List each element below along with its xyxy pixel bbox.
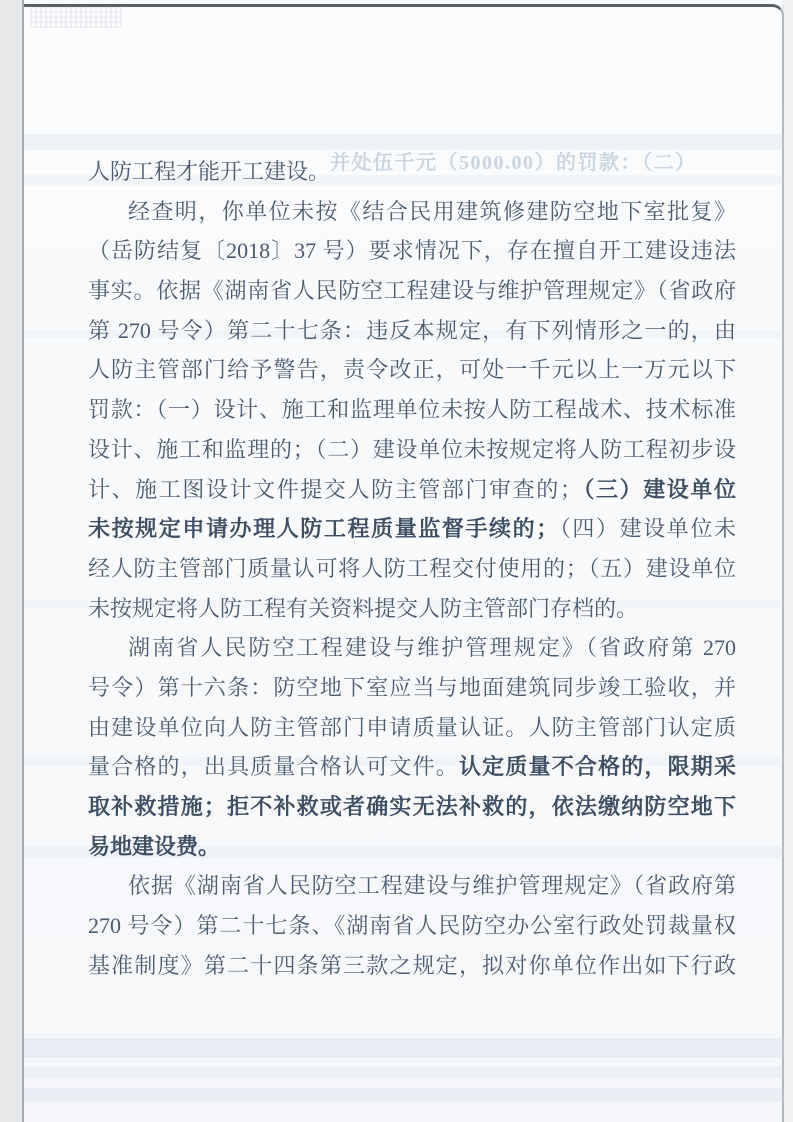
text-segment: 由建设单位向人防主管部门申请质量认证。人防主管部门认定质 xyxy=(88,715,736,740)
scanned-page: 并处伍千元（5000.00）的罚款：（二） 人防工程才能开工建设。经查明，你单位… xyxy=(0,0,793,1122)
text-segment: 计、施工图设计文件提交人防主管部门审查的； xyxy=(88,477,582,502)
text-segment: 量合格的，出具质量合格认可文件。 xyxy=(88,754,459,779)
text-segment: 罚款：（一）设计、施工和监理单位未按人防工程战术、技术标准 xyxy=(88,397,736,422)
scan-edge-left xyxy=(0,0,22,1122)
text-segment: 人防主管部门给予警告，责令改正，可处一千元以上一万元以下 xyxy=(88,357,736,382)
text-line-18: 易地建设费。 xyxy=(88,827,736,867)
text-line-6: 人防主管部门给予警告，责令改正，可处一千元以上一万元以下 xyxy=(88,350,736,390)
document-body: 人防工程才能开工建设。经查明，你单位未按《结合民用建筑修建防空地下室批复》（岳防… xyxy=(88,152,736,985)
text-line-14: 号令）第十六条：防空地下室应当与地面建筑同步竣工验收，并 xyxy=(88,668,736,708)
scan-streak xyxy=(24,1088,784,1102)
text-segment: 经人防主管部门质量认可将人防工程交付使用的；（五）建设单位 xyxy=(88,556,736,581)
text-segment: 270 号令）第二十七条、《湖南省人民防空办公室行政处罚裁量权 xyxy=(88,913,736,938)
text-segment: 未按规定将人防工程有关资料提交人防主管部门存档的。 xyxy=(88,596,638,621)
text-segment: 第 270 号令）第二十七条：违反本规定，有下列情形之一的，由 xyxy=(88,318,736,343)
text-segment-bold: 未按规定申请办理人防工程质量监督手续的； xyxy=(88,516,558,541)
text-line-8: 设计、施工和监理的；（二）建设单位未按规定将人防工程初步设 xyxy=(88,430,736,470)
text-line-7: 罚款：（一）设计、施工和监理单位未按人防工程战术、技术标准 xyxy=(88,390,736,430)
text-line-21: 基准制度》第二十四条第三款之规定，拟对你单位作出如下行政 xyxy=(88,946,736,986)
text-segment: 设计、施工和监理的；（二）建设单位未按规定将人防工程初步设 xyxy=(88,437,736,462)
paper-right-edge xyxy=(782,30,784,1122)
text-line-10: 未按规定申请办理人防工程质量监督手续的；（四）建设单位未 xyxy=(88,509,736,549)
text-segment: （四）建设单位未 xyxy=(558,516,736,541)
text-segment: 经查明，你单位未按《结合民用建筑修建防空地下室批复》 xyxy=(128,199,736,224)
text-segment: 号令）第十六条：防空地下室应当与地面建筑同步竣工验收，并 xyxy=(88,675,736,700)
text-segment-bold: 取补救措施；拒不补救或者确实无法补救的，依法缴纳防空地下 xyxy=(88,794,736,819)
text-line-16: 量合格的，出具质量合格认可文件。认定质量不合格的，限期采 xyxy=(88,747,736,787)
text-segment-bold: （三）建设单位 xyxy=(582,477,736,502)
scan-streak xyxy=(24,1066,784,1078)
text-line-12: 未按规定将人防工程有关资料提交人防主管部门存档的。 xyxy=(88,589,736,629)
scan-edge-right xyxy=(784,0,793,1122)
paper: 并处伍千元（5000.00）的罚款：（二） 人防工程才能开工建设。经查明，你单位… xyxy=(22,0,782,1122)
text-line-4: 事实。依据《湖南省人民防空工程建设与维护管理规定》（省政府 xyxy=(88,271,736,311)
text-segment-bold: 易地建设费。 xyxy=(88,834,220,859)
text-line-11: 经人防主管部门质量认可将人防工程交付使用的；（五）建设单位 xyxy=(88,549,736,589)
text-segment: 事实。依据《湖南省人民防空工程建设与维护管理规定》（省政府 xyxy=(88,278,736,303)
text-line-13: 湖南省人民防空工程建设与维护管理规定》（省政府第 270 xyxy=(88,628,736,668)
text-segment: （岳防结复〔2018〕37 号）要求情况下，存在擅自开工建设违法 xyxy=(88,238,736,263)
text-line-2: 经查明，你单位未按《结合民用建筑修建防空地下室批复》 xyxy=(88,192,736,232)
text-line-19: 依据《湖南省人民防空工程建设与维护管理规定》（省政府第 xyxy=(88,866,736,906)
text-segment: 湖南省人民防空工程建设与维护管理规定》（省政府第 270 xyxy=(128,635,736,660)
text-line-5: 第 270 号令）第二十七条：违反本规定，有下列情形之一的，由 xyxy=(88,311,736,351)
text-line-1: 人防工程才能开工建设。 xyxy=(88,152,736,192)
text-line-17: 取补救措施；拒不补救或者确实无法补救的，依法缴纳防空地下 xyxy=(88,787,736,827)
text-line-9: 计、施工图设计文件提交人防主管部门审查的；（三）建设单位 xyxy=(88,470,736,510)
paper-top-edge xyxy=(24,4,784,38)
scan-streak xyxy=(24,1038,784,1058)
scan-noise-patch xyxy=(30,6,122,28)
text-segment: 基准制度》第二十四条第三款之规定，拟对你单位作出如下行政 xyxy=(88,953,736,978)
text-line-20: 270 号令）第二十七条、《湖南省人民防空办公室行政处罚裁量权 xyxy=(88,906,736,946)
text-line-15: 由建设单位向人防主管部门申请质量认证。人防主管部门认定质 xyxy=(88,708,736,748)
text-segment: 人防工程才能开工建设。 xyxy=(88,159,330,184)
text-segment-bold: 认定质量不合格的，限期采 xyxy=(459,754,736,779)
text-segment: 依据《湖南省人民防空工程建设与维护管理规定》（省政府第 xyxy=(128,873,736,898)
text-line-3: （岳防结复〔2018〕37 号）要求情况下，存在擅自开工建设违法 xyxy=(88,231,736,271)
